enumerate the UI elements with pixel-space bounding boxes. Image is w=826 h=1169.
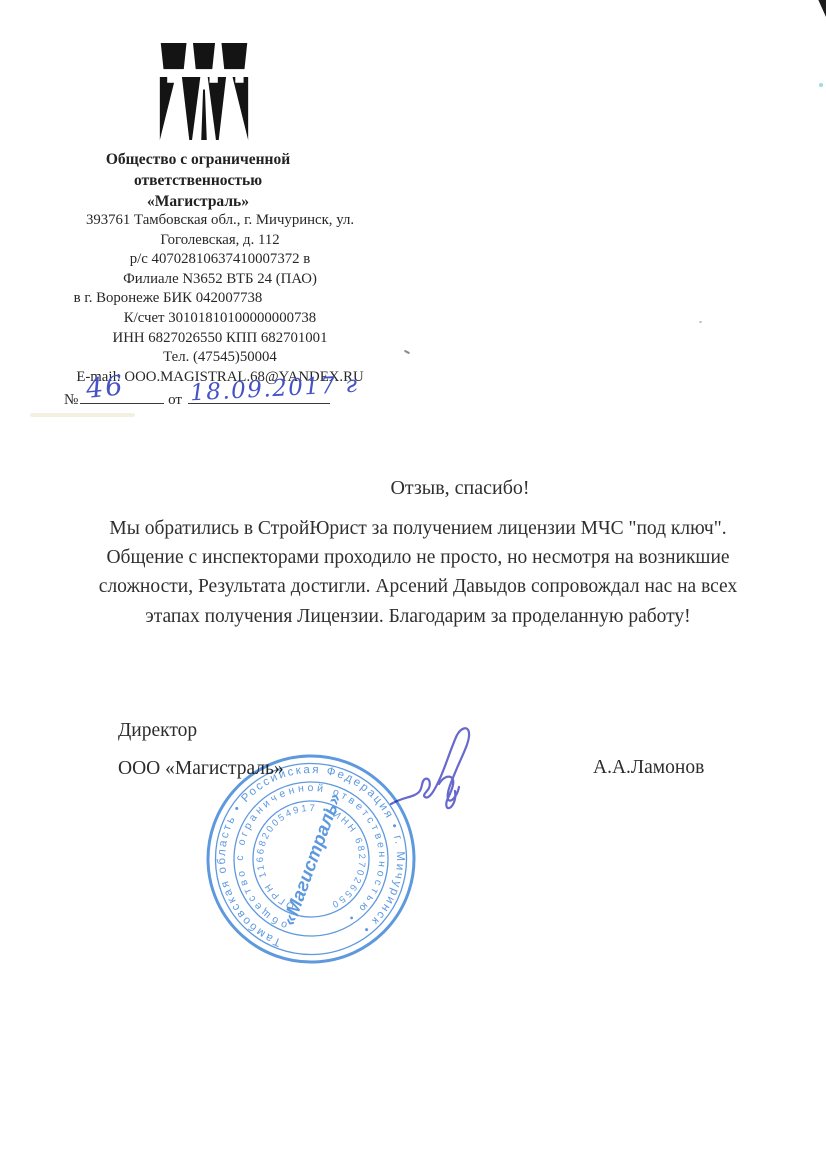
paragraph-line: этапах получения Лицензии. Благодарим за… xyxy=(88,602,748,631)
paragraph-line: сложности, Результата достигли. Арсений … xyxy=(88,572,748,601)
review-title: Отзыв, спасибо! xyxy=(120,477,800,500)
org-name-line: ответственностью xyxy=(8,170,388,191)
doc-date-label: от xyxy=(168,392,182,408)
signer-position: Директор xyxy=(118,720,197,742)
letterhead-requisites: 393761 Тамбовская обл., г. Мичуринск, ул… xyxy=(28,211,412,387)
org-name-block: Общество с ограниченной ответственностью… xyxy=(8,149,388,212)
doc-number-label: № xyxy=(64,392,78,408)
address-line: 393761 Тамбовская обл., г. Мичуринск, ул… xyxy=(28,211,412,231)
scan-corner-artifact xyxy=(817,0,826,17)
magistral-highway-logo xyxy=(158,43,250,140)
org-name-line: «Магистраль» xyxy=(8,191,388,212)
scan-speck xyxy=(819,83,823,87)
bik-line: в г. Воронеже БИК 042007738 xyxy=(0,289,360,309)
scan-smear xyxy=(30,413,135,417)
company-round-stamp: Тамбовская область • Российская Федераци… xyxy=(204,752,418,966)
review-paragraph: Мы обратились в СтройЮрист за получением… xyxy=(88,514,748,631)
address-line: Гоголевская, д. 112 xyxy=(28,231,412,251)
scanned-letter-page: Общество с ограниченной ответственностью… xyxy=(0,0,826,1169)
corr-account-line: К/счет 30101810100000000738 xyxy=(28,309,412,329)
bank-account-line: р/с 40702810637410007372 в xyxy=(28,250,412,270)
bank-branch-line: Филиале N3652 ВТБ 24 (ПАО) xyxy=(28,270,412,290)
signer-name: А.А.Ламонов xyxy=(593,757,704,779)
paragraph-line: Мы обратились в СтройЮрист за получением… xyxy=(88,514,748,543)
inn-kpp-line: ИНН 6827026550 КПП 682701001 xyxy=(28,329,412,349)
phone-line: Тел. (47545)50004 xyxy=(28,348,412,368)
org-name-line: Общество с ограниченной xyxy=(8,149,388,170)
paragraph-line: Общение с инспекторами проходило не прос… xyxy=(88,543,748,572)
scan-speck xyxy=(699,321,702,323)
handwritten-doc-number: 46 xyxy=(84,370,125,405)
